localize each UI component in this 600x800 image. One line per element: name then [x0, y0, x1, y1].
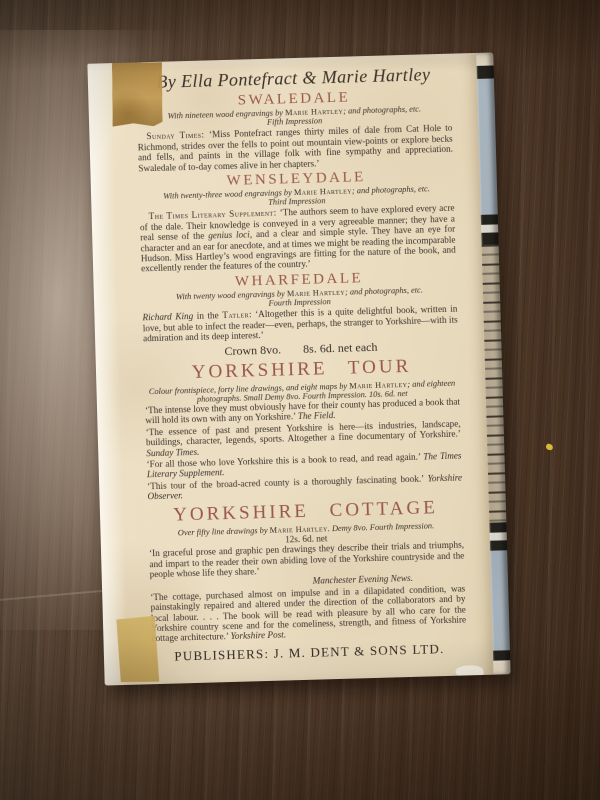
price-text: 8s. 6d. net each	[303, 339, 378, 355]
section-yorkshire-tour: YORKSHIRE TOUR Colour frontispiece, fort…	[144, 355, 463, 502]
section-wharfedale: WHARFEDALE With twenty wood engravings b…	[141, 267, 458, 359]
tape-strip-top	[112, 62, 163, 127]
format-text: Crown 8vo.	[224, 342, 281, 358]
swaledale-review-quote: Sunday Times: ‘Miss Pontefract ranges th…	[137, 123, 453, 173]
section-yorkshire-cottage: YORKSHIRE COTTAGE Over fifty line drawin…	[148, 497, 467, 644]
spacer	[281, 352, 303, 353]
tape-strip-bottom	[116, 616, 159, 684]
dust-jacket-back-cover: By Ella Pontefract & Marie Hartley SWALE…	[87, 53, 493, 686]
jacket-text: By Ella Pontefract & Marie Hartley SWALE…	[136, 64, 467, 665]
section-wensleydale: WENSLEYDALE With twenty-three wood engra…	[139, 167, 457, 275]
wensleydale-review-quote: The Times Literary Supplement: ‘The auth…	[140, 203, 457, 274]
latin-phrase: genius loci	[208, 230, 250, 241]
review-source: Tatler	[222, 310, 249, 321]
review-source: Sunday Times.	[146, 446, 199, 457]
publisher-line: PUBLISHERS: J. M. DENT & SONS LTD.	[152, 640, 467, 665]
section-swaledale: SWALEDALE With nineteen wood engravings …	[136, 87, 453, 174]
review-text: ‘The cottage, purchased almost on impuls…	[150, 583, 466, 643]
book: By Ella Pontefract & Marie Hartley SWALE…	[87, 52, 510, 685]
cottage-review-quote: ‘The cottage, purchased almost on impuls…	[150, 583, 466, 644]
review-text: in the	[193, 310, 222, 321]
photo-scene: By Ella Pontefract & Marie Hartley SWALE…	[0, 0, 600, 800]
review-source: The Field.	[298, 410, 336, 421]
review-source: Yorkshire Post.	[230, 630, 286, 642]
